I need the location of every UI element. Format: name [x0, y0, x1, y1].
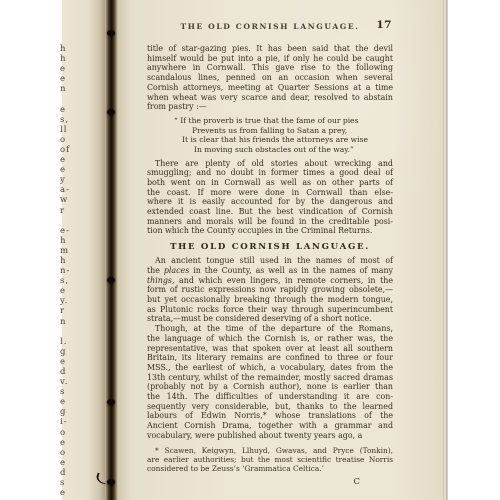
line-fragment: s, — [60, 276, 107, 286]
text-line: where it is easily accounted for by the … — [147, 197, 393, 207]
line-fragment: h — [60, 236, 107, 246]
footnote: * Scawen, Keigwyn, Llhuyd, Gwavas, and P… — [147, 446, 393, 474]
text-line: himself would be put into a pie, if only… — [147, 54, 393, 64]
text-line: title of star-gazing pies. It has been s… — [147, 44, 393, 54]
text-line: extended coast line. But the best vindic… — [147, 207, 393, 217]
line-fragment — [60, 94, 107, 104]
text-line: There are plenty of old stories about wr… — [147, 159, 393, 169]
line-fragment: o — [60, 448, 107, 458]
text-line: 13th century, whilst of the remainder, m… — [147, 373, 393, 383]
line-fragment: e — [60, 438, 107, 448]
verse-quote: “ If the proverb is true that the fame o… — [174, 116, 393, 154]
line-fragment: a- — [60, 185, 107, 195]
line-fragment: r — [60, 206, 107, 216]
text-line: smuggling; and no doubt in former times … — [147, 168, 393, 178]
text-line: labours of Edwin Norris,* whose translat… — [147, 411, 393, 421]
line-fragment — [60, 216, 107, 226]
line-fragment: e — [60, 286, 107, 296]
text-line: the language of which the Cornish is, or… — [147, 334, 393, 344]
line-fragment: n- — [60, 266, 107, 276]
text-line: form of rustic expressions now rapidly g… — [147, 285, 393, 295]
line-fragment — [60, 327, 107, 337]
running-header-title: THE OLD CORNISH LANGUAGE. — [147, 22, 393, 31]
text-line: An ancient tongue still used in the name… — [147, 256, 393, 266]
line-fragment: ll — [60, 125, 107, 135]
line-fragment: s, — [60, 115, 107, 125]
text-line: but yet occasionally breaking through th… — [147, 295, 393, 305]
text-line: as Plutonic rocks force their way throug… — [147, 305, 393, 315]
line-fragment: v. — [60, 377, 107, 387]
line-fragment: o — [60, 135, 107, 145]
text-line: manners and morals will be found in the … — [147, 217, 393, 227]
running-header: THE OLD CORNISH LANGUAGE. 17 — [147, 22, 393, 40]
book-page: THE OLD CORNISH LANGUAGE. 17 title of st… — [118, 0, 443, 500]
line-fragment: e — [60, 105, 107, 115]
text-line: * Scawen, Keigwyn, Llhuyd, Gwavas, and P… — [147, 446, 393, 455]
paragraph-wrecking-smuggling: There are plenty of old stories about wr… — [147, 159, 393, 237]
line-fragment: n — [60, 84, 107, 94]
stitch-knot — [107, 30, 115, 36]
text-line: Ancient Cornish Drama, together with a g… — [147, 421, 393, 431]
text-line: scandalous lines, penned on an occasion … — [147, 73, 393, 83]
verse-line: It is clear that his friends the attorne… — [182, 135, 393, 144]
line-fragment: d — [60, 367, 107, 377]
text-line: the coast. If more were done in Cornwall… — [147, 188, 393, 198]
verse-line: “ If the proverb is true that the fame o… — [174, 116, 393, 125]
line-fragment: h — [60, 256, 107, 266]
paragraph-ancient-tongue: An ancient tongue still used in the name… — [147, 256, 393, 324]
book-photo: hheenes,lloofeeya-wre-hmhn-s,ey.rnl.gedv… — [0, 0, 500, 500]
line-fragment: e — [60, 74, 107, 84]
line-fragment: e — [60, 397, 107, 407]
line-fragment: e — [60, 488, 107, 498]
text-line: tion which the County occupies in the Cr… — [147, 226, 393, 236]
verse-line: Prevents us from falling to Satan a prey… — [192, 126, 393, 135]
line-fragment: e — [60, 155, 107, 165]
line-fragment: r — [60, 306, 107, 316]
line-fragment: m — [60, 246, 107, 256]
line-fragment: l. — [60, 337, 107, 347]
text-line: (probably not by a Cornish author), none… — [147, 382, 393, 392]
paragraph-star-gazing-pies: title of star-gazing pies. It has been s… — [147, 44, 393, 112]
text-line: are earlier authorities; but the most sc… — [147, 455, 393, 464]
line-fragment: n — [60, 317, 107, 327]
line-fragment: s — [60, 387, 107, 397]
text-line: when wheat was very scarce and dear, res… — [147, 93, 393, 103]
line-fragment: w — [60, 195, 107, 205]
text-line: both went on in Cornwall as well as on o… — [147, 178, 393, 188]
text-line: MSS., the earliest of which, a vocabular… — [147, 363, 393, 373]
paragraph-departure-of-romans: Though, at the time of the departure of … — [147, 324, 393, 440]
facing-page-line-fragments: hheenes,lloofeeya-wre-hmhn-s,ey.rnl.gedv… — [60, 0, 107, 498]
text-column: THE OLD CORNISH LANGUAGE. 17 title of st… — [147, 0, 393, 487]
verse-line: In moving such obstacles out of the way.… — [194, 145, 393, 154]
text-line: representative, was that spoken over at … — [147, 344, 393, 354]
section-heading: THE OLD CORNISH LANGUAGE. — [147, 242, 393, 252]
line-fragment: y. — [60, 296, 107, 306]
text-line: Britain, its literary remains are confin… — [147, 353, 393, 363]
text-line: things, and which even lingers, in remot… — [147, 276, 393, 286]
stitch-knot — [107, 479, 115, 485]
line-fragment: y — [60, 175, 107, 185]
line-fragment: g — [60, 347, 107, 357]
line-fragment: g — [60, 407, 107, 417]
signature-mark: C — [147, 477, 393, 487]
line-fragment: e — [60, 165, 107, 175]
text-line: sequently very considerable, but, thanks… — [147, 402, 393, 412]
facing-page-sliver: hheenes,lloofeeya-wre-hmhn-s,ey.rnl.gedv… — [62, 0, 107, 500]
stitch-knot — [107, 399, 115, 405]
line-fragment: of — [60, 145, 107, 155]
text-line: from pastry :— — [147, 102, 393, 112]
text-line: strata,—must be considered deserving of … — [147, 314, 393, 324]
line-fragment: e — [60, 458, 107, 468]
page-number: 17 — [376, 19, 392, 31]
line-fragment: h — [60, 44, 107, 54]
text-line: the 14th. The difficulties of understand… — [147, 392, 393, 402]
line-fragment: e — [60, 64, 107, 74]
line-fragment: e — [60, 357, 107, 367]
text-line: Cornish attorneys, meeting at Quarter Se… — [147, 83, 393, 93]
text-line: vocabulary, were published about twenty … — [147, 431, 393, 441]
text-line: considered to be Zeuss’s ‘Grammatica Cel… — [147, 464, 393, 473]
text-line: the places in the County, as well as in … — [147, 266, 393, 276]
stitch-knot — [107, 277, 115, 283]
text-line: anywhere in Cornwall. This gave rise to … — [147, 63, 393, 73]
page-edge-shadow — [443, 0, 448, 500]
line-fragment: e- — [60, 226, 107, 236]
line-fragment: o — [60, 428, 107, 438]
binding-gutter — [105, 0, 118, 500]
stitch-knot — [107, 109, 115, 115]
text-line: Though, at the time of the departure of … — [147, 324, 393, 334]
line-fragment: h — [60, 54, 107, 64]
line-fragment: i- — [60, 417, 107, 427]
